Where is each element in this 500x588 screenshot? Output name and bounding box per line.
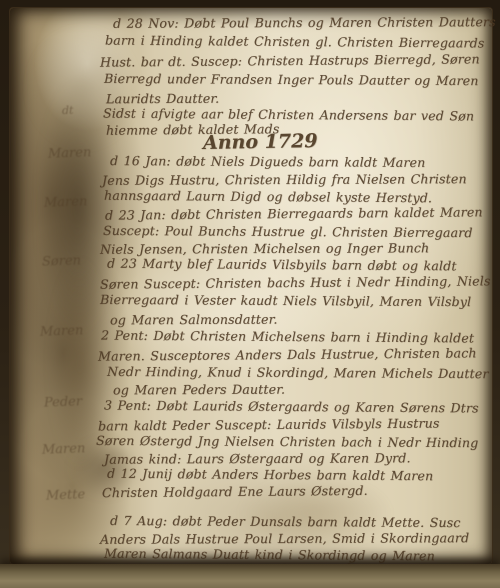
manuscript-line: Bierregaard i Vester kaudt Niels Vilsbyi…: [100, 293, 471, 309]
manuscript-line: 3 Pent: Døbt Laurids Østergaards og Kare…: [104, 399, 479, 416]
manuscript-line: Anders Dals Hustrue Poul Larsen, Smid i …: [100, 531, 469, 547]
manuscript-line: d 7 Aug: døbt Peder Dunsals barn kaldt M…: [110, 514, 461, 530]
manuscript-line: Nedr Hinding, Knud i Skordingd, Maren Mi…: [107, 365, 489, 381]
margin-name: Maren: [44, 194, 88, 211]
margin-name: Peder: [44, 394, 83, 410]
margin-name: Mette: [46, 487, 86, 503]
manuscript-line: Sidst i afvigte aar blef Christen Anders…: [103, 107, 474, 124]
manuscript-line: Jens Digs Hustru, Christen Hildig fra Ni…: [102, 172, 467, 188]
margin-name: Maren: [42, 441, 86, 458]
manuscript-line: og Maren Salmonsdatter.: [110, 313, 278, 328]
manuscript-line: hannsgaard Laurn Digd og døbsel kyste He…: [104, 189, 432, 206]
manuscript-line: d 12 Junij døbt Anders Horbes barn kaldt…: [107, 467, 433, 484]
manuscript-photo: dt Maren Maren Søren Maren Peder Maren M…: [0, 0, 500, 588]
manuscript-line: barn i Hinding kaldet Christen gl. Chris…: [105, 34, 484, 51]
table-edge: [0, 564, 500, 588]
manuscript-line: d 23 Marty blef Laurids Vilsbyils barn d…: [107, 257, 457, 274]
manuscript-line: 2 Pent: Døbt Christen Michelsens barn i …: [101, 329, 474, 346]
manuscript-line: Lauridts Dautter.: [106, 92, 219, 106]
manuscript-line: Niels Jensen, Christen Michelsen og Inge…: [100, 241, 429, 256]
manuscript-line: d 28 Nov: Døbt Poul Bunchs og Maren Chri…: [113, 15, 496, 31]
margin-name: Maren: [48, 145, 92, 162]
manuscript-line: Suscept: Poul Bunchs Hustrue gl. Christe…: [103, 224, 473, 240]
manuscript-line: barn kaldt Peder Suscept: Laurids Vilsby…: [98, 417, 440, 434]
manuscript-line: Jamas kind: Laurs Østergaard og Karen Dy…: [104, 451, 411, 466]
manuscript-line: Søren Østergd Jng Nielsen Christen bach …: [96, 434, 478, 450]
manuscript-line: Christen Holdgaard Ene Laurs Østergd.: [102, 484, 368, 500]
manuscript-line: hiemme døbt kaldet Mads: [106, 122, 280, 138]
manuscript-line: d 16 Jan: døbt Niels Digueds barn kaldt …: [110, 154, 425, 170]
margin-name: dt: [62, 104, 74, 117]
margin-name: Søren: [42, 253, 82, 269]
manuscript-line: Bierregd under Frandsen Inger Pouls Daut…: [104, 72, 479, 88]
margin-name: Maren: [40, 323, 84, 340]
manuscript-line: og Maren Peders Dautter.: [113, 383, 285, 398]
